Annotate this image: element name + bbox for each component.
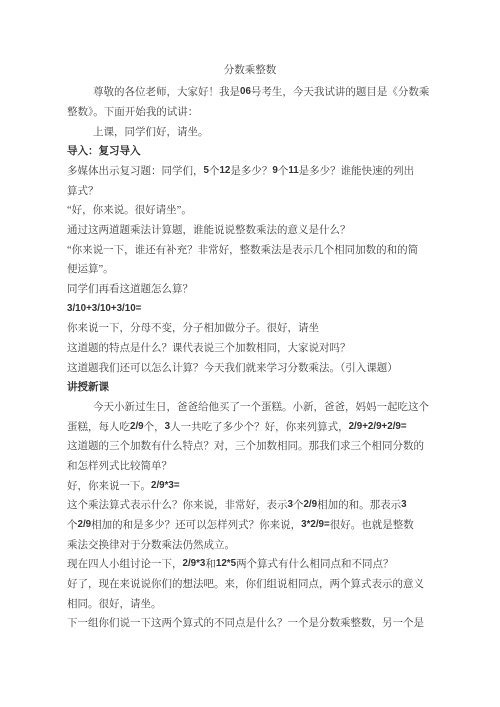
numeric-text: 3 <box>401 499 406 510</box>
text-line: 通过这两道题乘法计算题，谁能说说整数乘法的意义是什么？ <box>67 220 433 240</box>
text-line: 这道题我们还可以怎么计算？今天我们就来学习分数乘法。（引入课题） <box>67 357 433 377</box>
text-line: 蛋糕，每人吃 2/9 个，3 人一共吃了多少个？好，你来列算式，2/9+2/9+… <box>67 416 433 436</box>
text-line: 这道题的三个加数有什么特点？对，三个加数相同。那我们求三个相同分数的 <box>67 436 433 456</box>
text-line: 现在四人小组讨论一下，2/9*3 和 12*5 两个算式有什么相同点和不同点？ <box>67 554 433 574</box>
text-line: “好，你来说。很好请坐”。 <box>67 200 433 220</box>
numeric-text: 12*5 <box>216 558 236 569</box>
text-line: 相同。很好，请坐。 <box>67 593 433 613</box>
document-content: 分数乘整数 尊敬的各位老师，大家好！我是 06 号考生，今天我试讲的题目是《分数… <box>67 56 433 633</box>
text-line: 乘法交换律对于分数乘法仍然成立。 <box>67 534 433 554</box>
text-line: 这道题的特点是什么？课代表说三个加数相同，大家说对吗？ <box>67 338 433 358</box>
numeric-text: 5 <box>204 165 209 176</box>
document-page: 分数乘整数 尊敬的各位老师，大家好！我是 06 号考生，今天我试讲的题目是《分数… <box>0 0 500 707</box>
text-line: 便运算”。 <box>67 259 433 279</box>
numeric-text: 3/10+3/10+3/10= <box>67 303 141 314</box>
numeric-text: 2/9 <box>303 499 317 510</box>
numeric-text: 3 <box>288 499 293 510</box>
text-line: 同学们再看这道题怎么算？ <box>67 279 433 299</box>
text-line: 3/10+3/10+3/10= <box>67 298 433 318</box>
numeric-text: 2/9 <box>130 421 144 432</box>
numeric-text: 2/9*3= <box>151 480 180 491</box>
document-title: 分数乘整数 <box>67 56 433 82</box>
numeric-text: 2/9+2/9+2/9= <box>349 421 407 432</box>
text-line: 多媒体出示复习题：同学们，5 个 12 是多少？9 个 11 是多少？谁能快速的… <box>67 161 433 181</box>
text-line: 尊敬的各位老师，大家好！我是 06 号考生，今天我试讲的题目是《分数乘 <box>67 82 433 102</box>
numeric-text: 12 <box>219 165 230 176</box>
text-line: 整数》。下面开始我的试讲： <box>67 102 433 122</box>
numeric-text: 9 <box>272 165 277 176</box>
numeric-text: 2/9*3 <box>183 558 206 569</box>
text-line: 导入：复习导入 <box>67 141 433 161</box>
numeric-text: 11 <box>288 165 298 176</box>
text-line: 讲授新课 <box>67 377 433 397</box>
numeric-text: 3*2/9= <box>301 519 330 530</box>
text-line: 和怎样列式比较简单？ <box>67 456 433 476</box>
numeric-text: 06 <box>240 86 251 97</box>
text-line: 这个乘法算式表示什么？你来说，非常好，表示 3 个 2/9 相加的和。那表示 3 <box>67 495 433 515</box>
text-line: 个 2/9 相加的和是多少？还可以怎样列式？你来说，3*2/9=很好。也就是整数 <box>67 515 433 535</box>
text-line: 你来说一下，分母不变，分子相加做分子。很好，请坐 <box>67 318 433 338</box>
text-line: “你来说一下，谁还有补充？非常好，整数乘法是表示几个相同加数的和的简 <box>67 239 433 259</box>
text-line: 好了，现在来说说你们的想法吧。来，你们组说相同点，两个算式表示的意义 <box>67 574 433 594</box>
document-body: 尊敬的各位老师，大家好！我是 06 号考生，今天我试讲的题目是《分数乘整数》。下… <box>67 82 433 633</box>
numeric-text: 2/9 <box>78 519 92 530</box>
text-line: 下一组你们说一下这两个算式的不同点是什么？一个是分数乘整数，另一个是 <box>67 613 433 633</box>
text-line: 好，你来说一下。2/9*3= <box>67 475 433 495</box>
text-line: 上课，同学们好，请坐。 <box>67 121 433 141</box>
numeric-text: 3 <box>165 421 170 432</box>
text-line: 今天小新过生日，爸爸给他买了一个蛋糕。小新，爸爸，妈妈一起吃这个 <box>67 397 433 417</box>
text-line: 算式？ <box>67 180 433 200</box>
